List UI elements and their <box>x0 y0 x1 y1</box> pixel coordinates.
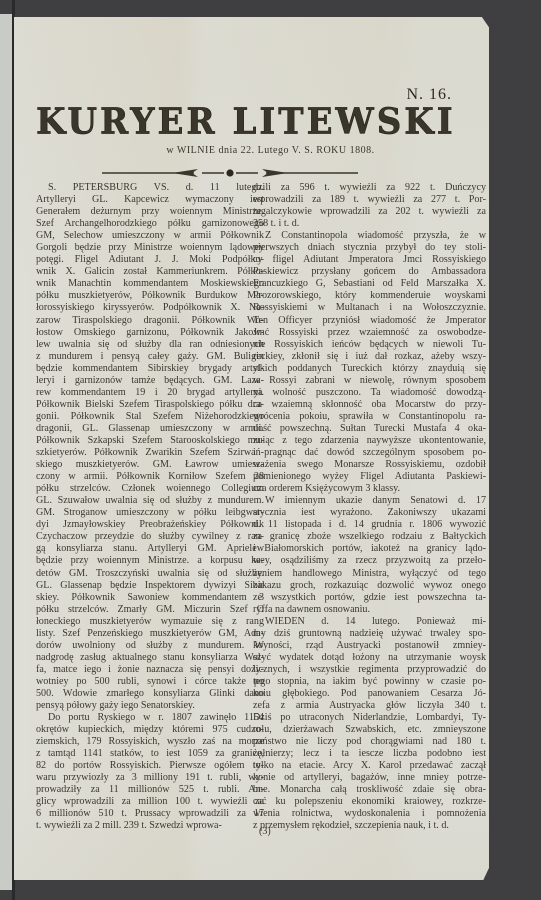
text-line: na wolność puszczono. Ta wiadomość dowod… <box>253 387 486 399</box>
page-signature: (3) <box>259 826 271 837</box>
text-line: W imiennym ukazie danym Senatowi d. 17 <box>253 495 486 507</box>
text-line: Paskiewicz przysłany gońcem do Ambassado… <box>253 266 486 278</box>
text-line: nadgrodę zasług aktualnego stanu konsyli… <box>36 652 264 664</box>
text-line: licznych, i wszystkie regimenta przyprow… <box>253 664 486 676</box>
text-line: i Białomorskich portów, iakoteż na grani… <box>253 543 486 555</box>
text-line: ca wzaiemną skłonność oba Mocarstw do pr… <box>253 399 486 411</box>
text-line: waru przywiozły za 3 milliony 191 t. rub… <box>36 772 264 784</box>
text-line: stycznia iest wyrażono. Zakoniwszy ukaza… <box>253 507 486 519</box>
text-line: i pragnąc dać dowód szczególnym sposobem… <box>253 447 486 459</box>
text-line: prowadziły za 11 millionów 525 t. rubli.… <box>36 784 264 796</box>
text-line: lew uwalnia się od służby dla ran odnies… <box>36 339 264 351</box>
text-line: zefa z armia Austryacka głów liczyła 340… <box>253 700 486 712</box>
text-line: z mundurem i pensyą całey gaży. GM. Buli… <box>36 351 264 363</box>
text-line: Półkownik Szkapski Szefem Starooskolskie… <box>36 435 264 447</box>
text-line: wey, osądziliśmy za rzecz przyzwoitą za … <box>253 555 486 567</box>
text-line: bne. Monarcha całą troskliwość zdaie się… <box>253 784 486 796</box>
text-line: z tamtąd 1141 statków, to iest 1059 za g… <box>36 748 264 760</box>
text-line: leryi i garnizonów tamże będących. GM. L… <box>36 375 264 387</box>
text-line: ważenia swego Monarsze Rossyiskiemu, ozd… <box>253 459 486 471</box>
text-line: Do portu Ryskiego w r. 1807 zawinęło 115… <box>36 712 264 724</box>
text-line: cy fligel Adiutant Jmperatora Jmci Rossy… <box>253 254 486 266</box>
text-line: wienia rolnictwa, wydoskonalenia i pomno… <box>253 808 486 820</box>
text-line: d. 11 listopada i d. 14 grudnia r. 1806 … <box>253 519 486 531</box>
text-line: z przemysłem rękodzieł, szczepienia nauk… <box>253 820 486 832</box>
text-line: my dziś gruntowną nadzieię używać trwale… <box>253 628 486 640</box>
text-line: półku strzelców. Członek woiennego Colle… <box>36 483 264 495</box>
text-line: ziemskich, 179 Rossyiskich, wyszło zaś n… <box>36 736 264 748</box>
text-line: wotniey po 500 rubli, synowi i córce tak… <box>36 676 264 688</box>
text-line: GL. Szuwałow uwalnia się od służby z mun… <box>36 495 264 507</box>
text-line: glicy wprowadzili za million 100 t. wywi… <box>36 796 264 808</box>
text-line: zarow Tiraspolskiego dragonii. Półkownik… <box>36 315 264 327</box>
text-line: ryffa na dawnem osnowaniu. <box>253 604 486 616</box>
text-line: potęgi. Fligel Adiutant J. J. Moki Podpó… <box>36 254 264 266</box>
text-line: zakazu groch, rozkazuiąc dozwolić wywoz … <box>253 580 486 592</box>
text-line: łorossyiskiego kiryssyerów. Podpółkownik… <box>36 302 264 314</box>
text-line: Rossyiskiemi w Multanach i na Wołoszczyz… <box>253 302 486 314</box>
text-line: żeniem handlowego Ministra, wyłączyć od … <box>253 568 486 580</box>
text-line: państwo nie liczy pod chorągwiami nad 18… <box>253 736 486 748</box>
text-line: Francuzkiego G, Sebastiani od Feld Marsz… <box>253 278 486 290</box>
text-line: czony w armii. Półkownik Korniłow Szefem… <box>36 471 264 483</box>
text-line: pomienionego wyżey Fligel Adiutanta Pask… <box>253 471 486 483</box>
dateline: w WILNIE dnia 22. Lutego V. S. ROKU 1808… <box>0 145 541 156</box>
text-line: żołnierzy; lecz i ta iescze liczba podob… <box>253 748 486 760</box>
text-line: dyi Jzmayłowskiey Preobrażeńskiey Półkow… <box>36 519 264 531</box>
right-column-text: dzili za 596 t. wywieźli za 922 t. Duńcz… <box>253 182 486 833</box>
text-line: Ten Officyer przyniósł wiadomość że Jmpe… <box>253 315 486 327</box>
text-line: cza orderem Księżycowym 3 klassy. <box>253 483 486 495</box>
text-line: Generałem deżurnym przy woiennym Ministr… <box>36 206 264 218</box>
text-line: t. wywieźli za 2 mill. 239 t. Szwedzi wp… <box>36 820 264 832</box>
text-line: dorów uwolniony od służby z mundurem. W <box>36 640 264 652</box>
text-line: konie od artylleryi, bagażów, inne mniey… <box>253 772 486 784</box>
text-line: łostow Omskiego garnizonu, Półkownik Jak… <box>36 327 264 339</box>
text-line: zuiąc z tego zdarzenia naywyższe ukonten… <box>253 435 486 447</box>
text-line: 500. Wdowie zmarłego konsyliarza Glinki … <box>36 688 264 700</box>
text-line: Dziś po utraconych Niderlandzie, Lombard… <box>253 712 486 724</box>
text-line: tylko na etacie. Arcy X. Karol przedawać… <box>253 760 486 772</box>
text-line: za granicę zboże wszelkiego rodzaiu z Ba… <box>253 531 486 543</box>
text-line: reckiey, zkłonił się i iuż dał rozkaz, a… <box>253 351 486 363</box>
text-line: 82 do portów Rossyiskich. Pierwsze ogółe… <box>36 760 264 772</box>
text-line: cać ku polepszeniu ekonomiki kraiowey, r… <box>253 796 486 808</box>
ornament-rule-icon <box>102 166 358 180</box>
text-line: gą konsyliarza stanu. Artylleryi GM. Apr… <box>36 543 264 555</box>
text-line: Półkownik Bielski Szefem Tiraspolskiego … <box>36 399 264 411</box>
text-line: Z Constantinopola wiadomość przyszła, że… <box>253 230 486 242</box>
text-line: Artylleryi GL. Kapcewicz wymaczony iest <box>36 194 264 206</box>
text-line: tugalczykowie wprowadzili za 202 t. wywi… <box>253 206 486 218</box>
text-line: WIEDEN d. 14 lutego. Ponieważ mi- <box>253 616 486 628</box>
text-line: okrętów kupieckich, między któremi 975 c… <box>36 724 264 736</box>
text-line: fa, matce iego i żonie naznacza się pens… <box>36 664 264 676</box>
text-line: będzie kommendantem Sibirskiey brygady a… <box>36 363 264 375</box>
text-line: skiey. Półkownik Sawoniew kommendantem 3 <box>36 592 264 604</box>
text-line: półku strzelców. Zmarły GM. Miczurin Sze… <box>36 604 264 616</box>
text-line: Szef Archangelhorodzkiego półku garnizon… <box>36 218 264 230</box>
text-line: GL. Glassenap będzie Inspektorem dywizyi… <box>36 580 264 592</box>
text-line: tego stopnia, na iakim być powinny w cza… <box>253 676 486 688</box>
text-line: będzie przy woiennym Ministrze. a korpus… <box>36 555 264 567</box>
text-line: wnik Manachtin kommendantem Moskiewskieg… <box>36 278 264 290</box>
masthead-title: KURYER LITEWSKI <box>36 101 421 143</box>
text-line: listy. Szef Penzeńskiego muszkietyerów G… <box>36 628 264 640</box>
text-line: detów GM. Troszczyński uwalnia się od sł… <box>36 568 264 580</box>
text-line: rew kommendantem 19 i 20 brygad artyller… <box>36 387 264 399</box>
text-line: szkietyerów. Półkownik Zwarikin Szefem S… <box>36 447 264 459</box>
text-line: pierwszych dniach stycznia przybył do te… <box>253 242 486 254</box>
text-line: stkich poddanych Tureckich którzy znaydu… <box>253 363 486 375</box>
text-line: nie Rossyiskich ieńców będących w niewol… <box>253 339 486 351</box>
text-line: skiego muszkietyerów. GM. Ławrow umiesz- <box>36 459 264 471</box>
text-line: wrócenia pokoiu, sprawiła w Constantinop… <box>253 411 486 423</box>
text-line: Prozorowskiego, który kommenderuie woysk… <box>253 290 486 302</box>
text-line: w Rossyi zabrani w niewolę, równym sposo… <box>253 375 486 387</box>
text-line: gonii. Półkownik Stal Szefem Niżehorodzk… <box>36 411 264 423</box>
text-line: koiu głębokiego. Pod panowaniem Cesarza … <box>253 688 486 700</box>
text-line: półku muszkietyerów, Półkownik Burdukow … <box>36 290 264 302</box>
text-line: szyć wydatek dotąd łożony na utrzymanie … <box>253 652 486 664</box>
text-line: Jmć Rossyiski przez wzaiemność za oswobo… <box>253 327 486 339</box>
text-line: Gorgoli będzie przy Ministrze woiennym l… <box>36 242 264 254</box>
text-line: ze wszystkich portów, gdzie iest powszec… <box>253 592 486 604</box>
left-column-text: S. PETERSBURG VS. d. 11 lutego.Artyllery… <box>36 182 264 833</box>
text-line: wprowadzili za 189 t. wywieźli za 277 t.… <box>253 194 486 206</box>
text-line: pensyą półowy gaży iego Senatorskiey. <box>36 700 264 712</box>
text-line: GM. Stroganow umieszczony w półku leibgw… <box>36 507 264 519</box>
text-line: 358 t. i t. d. <box>253 218 486 230</box>
text-line: S. PETERSBURG VS. d. 11 lutego. <box>36 182 264 194</box>
text-line: łoneckiego muszkietyerów wymazuie się z … <box>36 616 264 628</box>
text-line: Czychaczow przeydzie do służby cywilney … <box>36 531 264 543</box>
text-line: koyności, rząd Austryacki postanowił zmn… <box>253 640 486 652</box>
text-line: 6 millionów 510 t. Prussacy wprowadzili … <box>36 808 264 820</box>
text-line: wnik X. Galicin został Kammeriunkrem. Pó… <box>36 266 264 278</box>
text-line: GM, Selechow umieszczony w armii Półkown… <box>36 230 264 242</box>
text-line: dość powszechną. Sułtan Turecki Mustafa … <box>253 423 486 435</box>
text-line: dzili za 596 t. wywieźli za 922 t. Duńcz… <box>253 182 486 194</box>
text-line: dragonii, GL. Glassenap umieszczony w ar… <box>36 423 264 435</box>
text-line: rolu, dzierżawach Szwabskich, etc. zmnie… <box>253 724 486 736</box>
